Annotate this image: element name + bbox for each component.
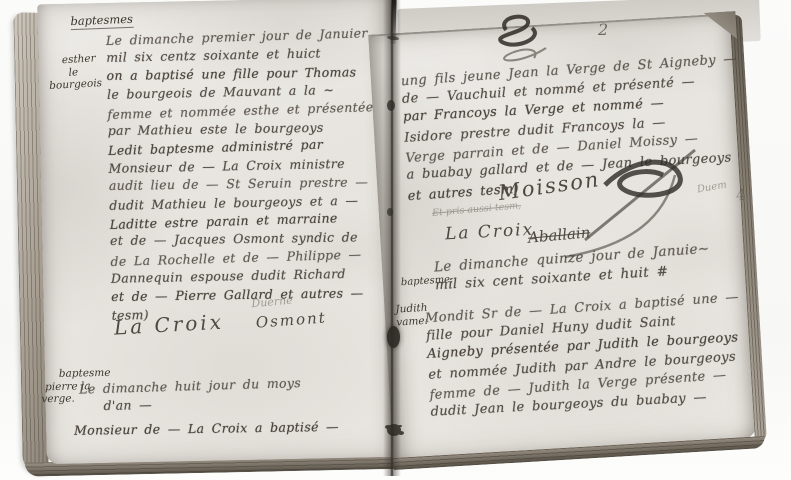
left-page: baptesmes estherlebourgeois Le dimanche … bbox=[13, 0, 401, 477]
ink-scribble-icon bbox=[545, 145, 745, 275]
stitch-knot bbox=[387, 100, 395, 111]
margin-note-esther-le-bourgeois: estherlebourgeois bbox=[48, 52, 103, 92]
manuscript-scan: baptesmes estherlebourgeois Le dimanche … bbox=[0, 0, 791, 480]
folio-number: 2 bbox=[598, 20, 608, 39]
margin-note-line: esther bbox=[62, 52, 101, 67]
baptism-record-1-left: Le dimanche premier jour de Januiermil s… bbox=[106, 25, 378, 325]
stitch-knot bbox=[387, 326, 400, 348]
stitch-knot bbox=[387, 208, 393, 216]
pen-stroke-mark: 4 bbox=[735, 185, 747, 204]
stitch-thread bbox=[387, 35, 399, 41]
stitch-knot bbox=[387, 424, 401, 436]
baptism-record-2-left: Le dimanche huit jour du moysd'an —Monsi… bbox=[79, 374, 339, 441]
manuscript-line: d'an — bbox=[103, 392, 338, 415]
margin-heading-baptesmes: baptesmes bbox=[70, 12, 133, 30]
baptism-record-2-right: Mondit Sr de — La Croix a baptisé une —f… bbox=[424, 289, 745, 423]
book-gutter bbox=[383, 0, 401, 476]
ink-paraph-icon bbox=[468, 8, 578, 70]
manuscript-line: Monsieur de — La Croix a baptisé — bbox=[74, 418, 339, 440]
